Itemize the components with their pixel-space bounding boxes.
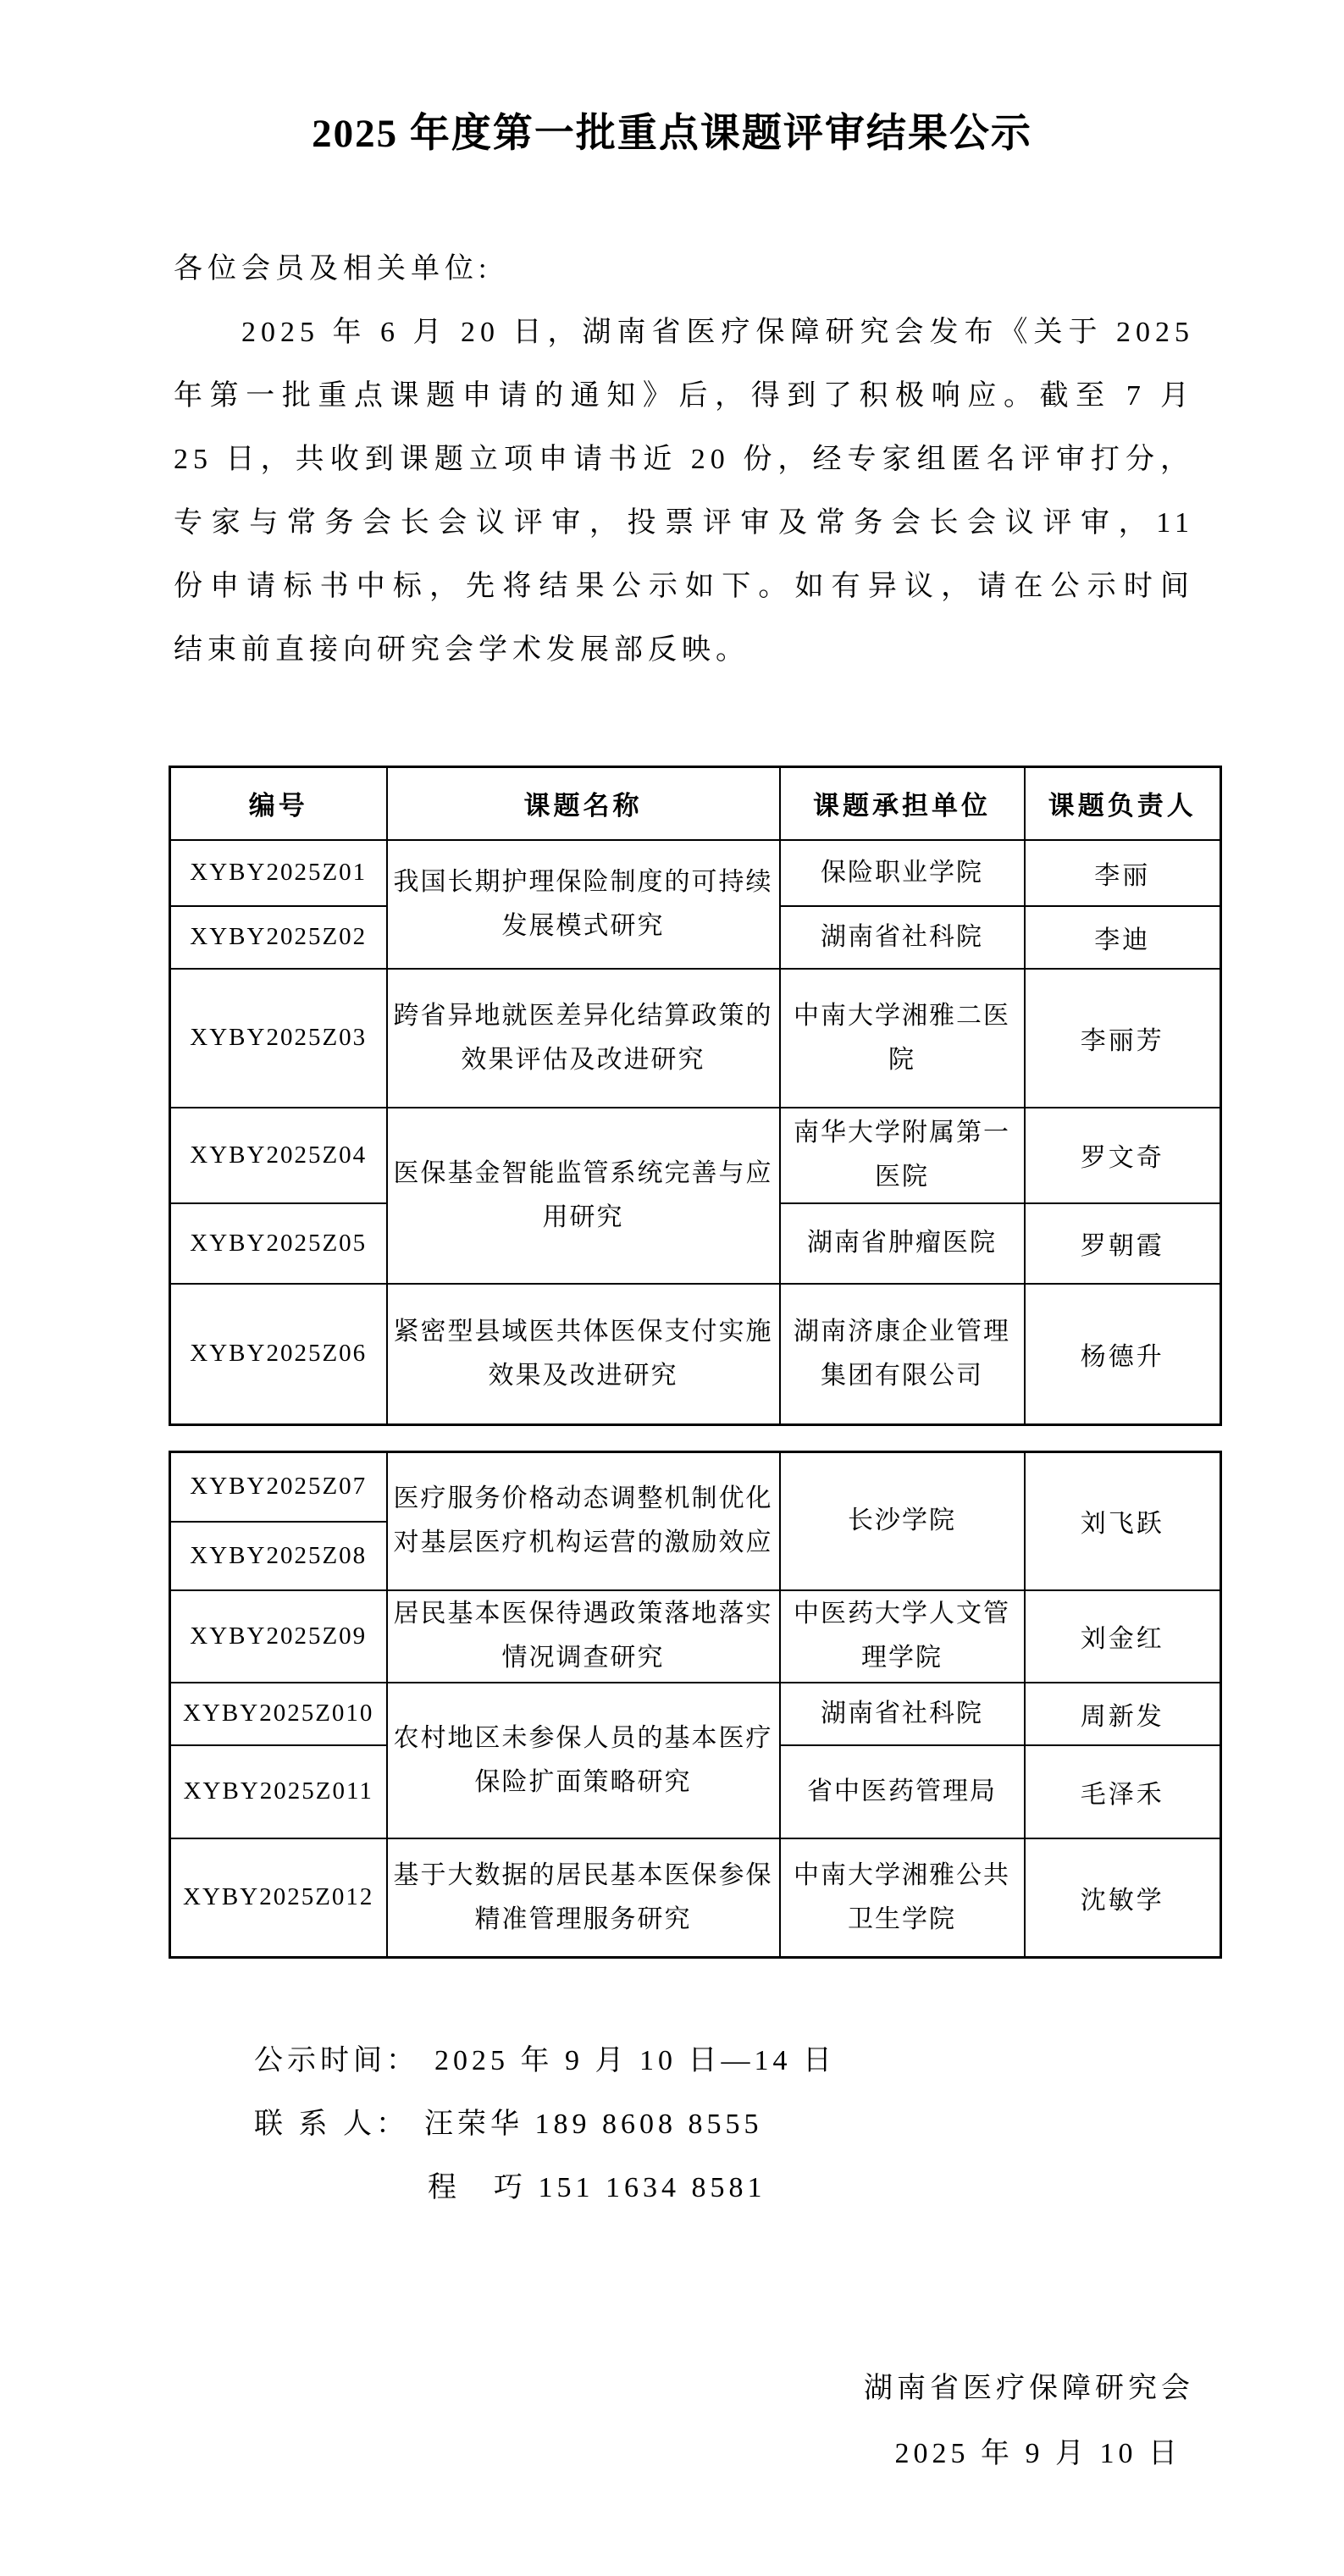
project-id-cell: XYBY2025Z07 <box>170 1452 387 1522</box>
project-unit-cell: 南华大学附属第一医院 <box>780 1108 1025 1203</box>
results-table-2: XYBY2025Z07 医疗服务价格动态调整机制优化对基层医疗机构运营的激励效应… <box>169 1451 1222 1959</box>
project-topic-cell: 紧密型县域医共体医保支付实施效果及改进研究 <box>387 1284 780 1425</box>
project-leader-cell: 周新发 <box>1025 1683 1221 1745</box>
notice-time-label: 公示时间： <box>254 2045 419 2076</box>
table-row: XYBY2025Z012 基于大数据的居民基本医保参保精准管理服务研究 中南大学… <box>170 1838 1221 1958</box>
table-row: XYBY2025Z07 医疗服务价格动态调整机制优化对基层医疗机构运营的激励效应… <box>170 1452 1221 1522</box>
contact-2: 程 巧 151 1634 8581 <box>428 2172 766 2203</box>
project-unit-cell: 湖南省社科院 <box>780 906 1025 969</box>
project-unit-cell: 省中医药管理局 <box>780 1745 1025 1838</box>
project-id-cell: XYBY2025Z03 <box>170 969 387 1108</box>
project-topic-cell: 医保基金智能监管系统完善与应用研究 <box>387 1108 780 1284</box>
results-table-1: 编号 课题名称 课题承担单位 课题负责人 XYBY2025Z01 我国长期护理保… <box>169 766 1222 1426</box>
paragraph-line: 年第一批重点课题申请的通知》后，得到了积极响应。截至 7 月 <box>174 364 1194 428</box>
table-row: XYBY2025Z06 紧密型县域医共体医保支付实施效果及改进研究 湖南济康企业… <box>170 1284 1221 1425</box>
project-id-cell: XYBY2025Z02 <box>170 906 387 969</box>
project-leader-cell: 沈敏学 <box>1025 1838 1221 1958</box>
project-unit-cell: 湖南省肿瘤医院 <box>780 1203 1025 1284</box>
project-topic-cell: 基于大数据的居民基本医保参保精准管理服务研究 <box>387 1838 780 1958</box>
project-unit-cell: 中医药大学人文管理学院 <box>780 1590 1025 1683</box>
paragraph-line: 专家与常务会长会议评审，投票评审及常务会长会议评审，11 <box>174 491 1194 555</box>
project-unit-cell: 中南大学湘雅二医院 <box>780 969 1025 1108</box>
contact-line-1: 联 系 人：汪荣华 189 8608 8555 <box>254 2092 1344 2156</box>
project-id-cell: XYBY2025Z04 <box>170 1108 387 1203</box>
project-id-cell: XYBY2025Z010 <box>170 1683 387 1745</box>
project-id-cell: XYBY2025Z01 <box>170 840 387 906</box>
project-leader-cell: 刘飞跃 <box>1025 1452 1221 1590</box>
project-leader-cell: 杨德升 <box>1025 1284 1221 1425</box>
document-page: 2025 年度第一批重点课题评审结果公示 各位会员及相关单位: 2025 年 6… <box>0 0 1344 2576</box>
table-row: XYBY2025Z010 农村地区未参保人员的基本医疗保险扩面策略研究 湖南省社… <box>170 1683 1221 1745</box>
project-unit-cell: 保险职业学院 <box>780 840 1025 906</box>
table-row: XYBY2025Z01 我国长期护理保险制度的可持续发展模式研究 保险职业学院 … <box>170 840 1221 906</box>
paragraph-line: 25 日，共收到课题立项申请书近 20 份，经专家组匿名评审打分， <box>174 428 1194 491</box>
contact-1: 汪荣华 189 8608 8555 <box>424 2109 763 2140</box>
project-topic-cell: 我国长期护理保险制度的可持续发展模式研究 <box>387 840 780 969</box>
project-id-cell: XYBY2025Z012 <box>170 1838 387 1958</box>
project-topic-cell: 农村地区未参保人员的基本医疗保险扩面策略研究 <box>387 1683 780 1838</box>
project-topic-cell: 跨省异地就医差异化结算政策的效果评估及改进研究 <box>387 969 780 1108</box>
table-row: XYBY2025Z04 医保基金智能监管系统完善与应用研究 南华大学附属第一医院… <box>170 1108 1221 1203</box>
project-id-cell: XYBY2025Z011 <box>170 1745 387 1838</box>
project-leader-cell: 李丽 <box>1025 840 1221 906</box>
salutation: 各位会员及相关单位: <box>174 237 1194 301</box>
header-topic: 课题名称 <box>387 767 780 840</box>
project-id-cell: XYBY2025Z08 <box>170 1522 387 1590</box>
project-unit-cell: 中南大学湘雅公共卫生学院 <box>780 1838 1025 1958</box>
contact-label: 联 系 人： <box>254 2109 409 2140</box>
project-unit-cell: 湖南济康企业管理集团有限公司 <box>780 1284 1025 1425</box>
project-topic-cell: 居民基本医保待遇政策落地落实情况调查研究 <box>387 1590 780 1683</box>
project-leader-cell: 罗文奇 <box>1025 1108 1221 1203</box>
page-title: 2025 年度第一批重点课题评审结果公示 <box>0 110 1344 158</box>
project-id-cell: XYBY2025Z06 <box>170 1284 387 1425</box>
signature: 湖南省医疗保障研究会 2025 年 9 月 10 日 <box>0 2356 1344 2486</box>
table-row: XYBY2025Z03 跨省异地就医差异化结算政策的效果评估及改进研究 中南大学… <box>170 969 1221 1108</box>
table-row: XYBY2025Z09 居民基本医保待遇政策落地落实情况调查研究 中医药大学人文… <box>170 1590 1221 1683</box>
paragraph-line: 结束前直接向研究会学术发展部反映。 <box>174 618 1194 682</box>
project-topic-cell: 医疗服务价格动态调整机制优化对基层医疗机构运营的激励效应 <box>387 1452 780 1590</box>
project-leader-cell: 罗朝霞 <box>1025 1203 1221 1284</box>
contact-line-2: 程 巧 151 1634 8581 <box>428 2156 1344 2219</box>
notice-time-line: 公示时间：2025 年 9 月 10 日—14 日 <box>254 2029 1344 2092</box>
project-id-cell: XYBY2025Z09 <box>170 1590 387 1683</box>
project-id-cell: XYBY2025Z05 <box>170 1203 387 1284</box>
footer-info: 公示时间：2025 年 9 月 10 日—14 日 联 系 人：汪荣华 189 … <box>254 2029 1344 2219</box>
signature-date: 2025 年 9 月 10 日 <box>0 2421 1194 2486</box>
body-text: 各位会员及相关单位: 2025 年 6 月 20 日，湖南省医疗保障研究会发布《… <box>174 237 1194 682</box>
header-leader: 课题负责人 <box>1025 767 1221 840</box>
signature-org: 湖南省医疗保障研究会 <box>0 2356 1194 2421</box>
project-leader-cell: 李迪 <box>1025 906 1221 969</box>
paragraph-line: 2025 年 6 月 20 日，湖南省医疗保障研究会发布《关于 2025 <box>174 301 1194 364</box>
project-leader-cell: 李丽芳 <box>1025 969 1221 1108</box>
paragraph-line: 份申请标书中标，先将结果公示如下。如有异议，请在公示时间 <box>174 555 1194 618</box>
header-unit: 课题承担单位 <box>780 767 1025 840</box>
project-unit-cell: 湖南省社科院 <box>780 1683 1025 1745</box>
project-leader-cell: 刘金红 <box>1025 1590 1221 1683</box>
notice-time-value: 2025 年 9 月 10 日—14 日 <box>434 2045 836 2076</box>
project-leader-cell: 毛泽禾 <box>1025 1745 1221 1838</box>
table-header-row: 编号 课题名称 课题承担单位 课题负责人 <box>170 767 1221 840</box>
header-id: 编号 <box>170 767 387 840</box>
project-unit-cell: 长沙学院 <box>780 1452 1025 1590</box>
